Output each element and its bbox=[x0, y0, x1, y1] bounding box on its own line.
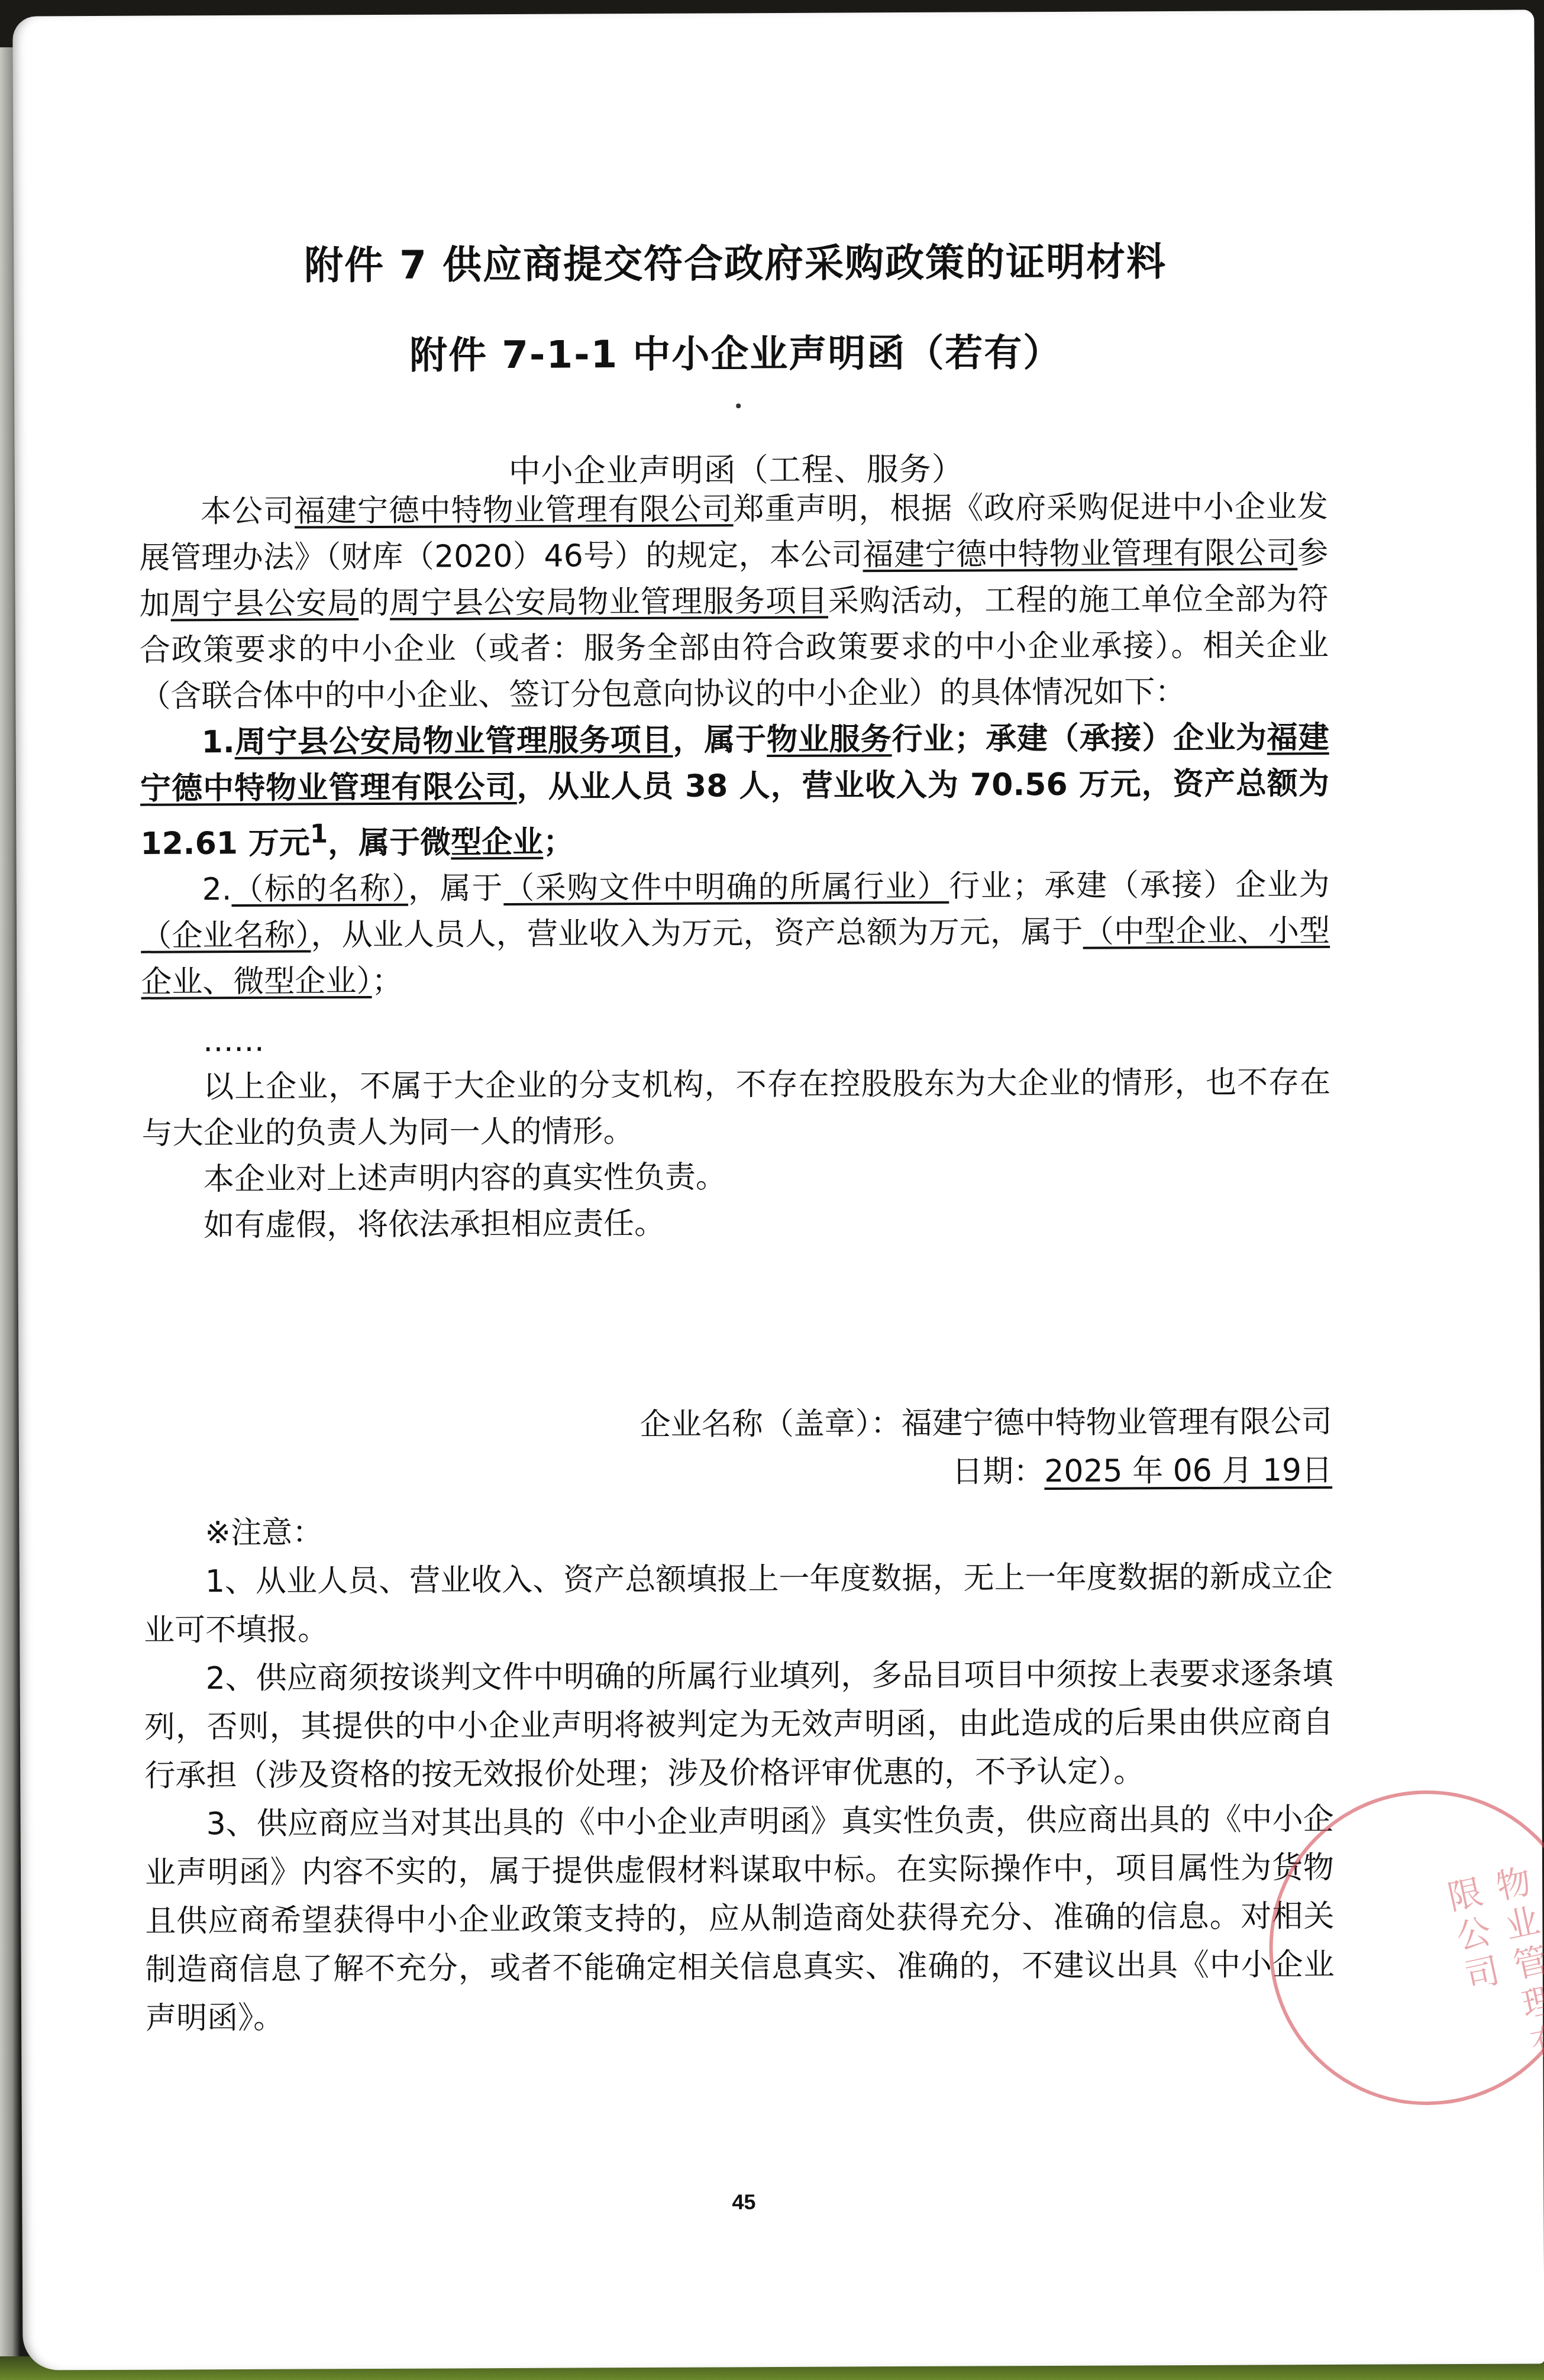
sub-heading: 附件 7-1-1 中小企业声明函（若有） bbox=[138, 321, 1333, 381]
note-item: 3、供应商应当对其出具的《中小企业声明函》真实性负责，供应商出具的《中小企业声明… bbox=[144, 1795, 1335, 2043]
company-name: 福建宁德中特物业管理有限公司 bbox=[295, 491, 734, 529]
item-text: ； bbox=[543, 824, 574, 860]
date-label: 日期： bbox=[952, 1454, 1044, 1490]
footnote-marker: 1 bbox=[310, 819, 328, 849]
notes-title: ※注意： bbox=[143, 1504, 1332, 1558]
intro-text: 本公司 bbox=[201, 494, 295, 530]
item-text: ，从业人员人，营业收入为万元，资产总额为万元，属于 bbox=[311, 914, 1083, 953]
item-subject: （标的名称） bbox=[231, 871, 408, 907]
list-item-2: 2.（标的名称），属于（采购文件中明确的所属行业）行业；承建（承接）企业为（企业… bbox=[141, 862, 1330, 1005]
item-text: ； bbox=[372, 963, 402, 999]
ellipsis: …… bbox=[141, 1013, 1330, 1065]
list-item-1: 1.周宁县公安局物业管理服务项目，属于物业服务行业；承建（承接）企业为福建宁德中… bbox=[140, 714, 1330, 867]
page-content: 附件 7 供应商提交符合政府采购政策的证明材料 附件 7-1-1 中小企业声明函… bbox=[137, 11, 1326, 16]
closing-paragraph-2: 本企业对上述声明内容的真实性负责。 bbox=[142, 1152, 1331, 1203]
intro-paragraph: 本公司福建宁德中特物业管理有限公司郑重声明，根据《政府采购促进中小企业发展管理办… bbox=[139, 484, 1329, 720]
item-number: 1. bbox=[202, 725, 235, 760]
closing-paragraph-3: 如有虚假，将依法承担相应责任。 bbox=[142, 1198, 1331, 1249]
date-value: 2025 年 06 月 19日 bbox=[1044, 1453, 1332, 1489]
item-text: ，属于微 bbox=[328, 825, 451, 861]
signature-block: 企业名称（盖章）：福建宁德中特物业管理有限公司 日期：2025 年 06 月 1… bbox=[474, 1398, 1333, 1498]
main-heading: 附件 7 供应商提交符合政府采购政策的证明材料 bbox=[138, 229, 1333, 291]
item-subject: 周宁县公安局物业管理服务项目 bbox=[234, 723, 673, 760]
enterprise-name-value: 福建宁德中特物业管理有限公司 bbox=[902, 1404, 1332, 1441]
seal-text: 物业管理有限公司 bbox=[1479, 1861, 1544, 2104]
item-enterprise-size: 型企业 bbox=[451, 824, 543, 861]
item-industry: 物业服务 bbox=[767, 722, 892, 758]
purchaser-name: 周宁县公安局 bbox=[170, 586, 358, 622]
letter-body: 本公司福建宁德中特物业管理有限公司郑重声明，根据《政府采购促进中小企业发展管理办… bbox=[139, 484, 1332, 1249]
page-number: 45 bbox=[146, 2187, 1341, 2217]
stray-dot bbox=[736, 403, 741, 408]
item-text: 行业；承建（承接）企业为 bbox=[949, 867, 1330, 904]
notes-section: ※注意： 1、从业人员、营业收入、资产总额填报上一年度数据，无上一年度数据的新成… bbox=[143, 1504, 1335, 2043]
item-industry: （采购文件中明确的所属行业） bbox=[503, 869, 949, 906]
item-text: 行业；承建（承接）企业为 bbox=[891, 720, 1267, 757]
note-item: 2、供应商须按谈判文件中明确的所属行业填列，多品目项目中须按上表要求逐条填列，否… bbox=[144, 1650, 1333, 1800]
item-text: ，属于 bbox=[673, 722, 767, 758]
item-number: 2. bbox=[202, 872, 232, 907]
note-item: 1、从业人员、营业收入、资产总额填报上一年度数据，无上一年度数据的新成立企业可不… bbox=[144, 1553, 1333, 1655]
document-page: 附件 7 供应商提交符合政府采购政策的证明材料 附件 7-1-1 中小企业声明函… bbox=[12, 9, 1544, 2370]
enterprise-name-label: 企业名称（盖章）： bbox=[640, 1406, 902, 1443]
item-text: ，属于 bbox=[408, 871, 504, 907]
closing-paragraph-1: 以上企业，不属于大企业的分支机构，不存在控股股东为大企业的情形，也不存在与大企业… bbox=[141, 1059, 1331, 1157]
project-name: 周宁县公安局物业管理服务项目 bbox=[390, 584, 828, 621]
item-enterprise: （企业名称） bbox=[141, 918, 311, 954]
intro-text: 的 bbox=[358, 586, 390, 621]
date-line: 日期：2025 年 06 月 19日 bbox=[474, 1446, 1332, 1498]
company-name-repeat: 福建宁德中特物业管理有限公司 bbox=[863, 535, 1297, 573]
enterprise-name-line: 企业名称（盖章）：福建宁德中特物业管理有限公司 bbox=[474, 1398, 1332, 1450]
